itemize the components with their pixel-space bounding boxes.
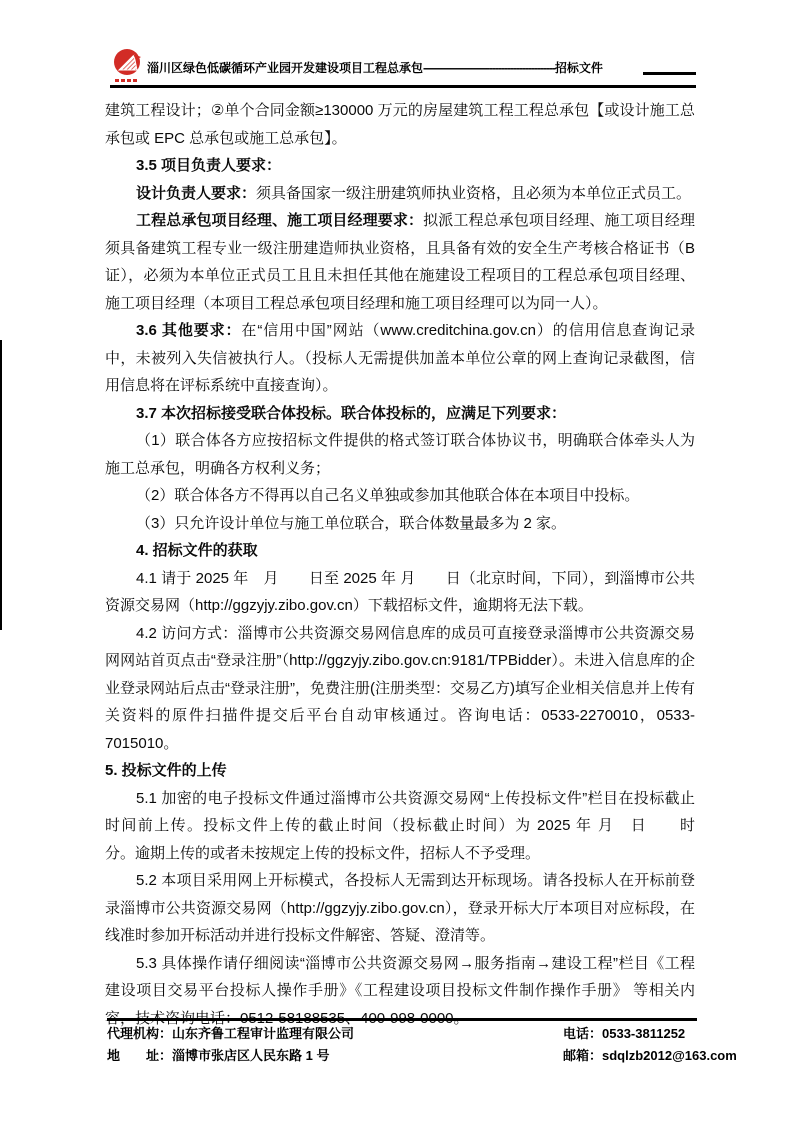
scan-edge-artifact bbox=[0, 340, 2, 630]
document-body: 建筑工程设计；②单个合同金额≥130000 万元的房屋建筑工程工程总承包【或设计… bbox=[105, 97, 695, 1032]
agency-logo-icon bbox=[111, 47, 145, 85]
header-dashes: ----------------------------------------… bbox=[423, 61, 555, 75]
paragraph-label: 3.6 其他要求： bbox=[136, 322, 241, 339]
document-footer: 代理机构：山东齐鲁工程审计监理有限公司电话：0533-3811252地 址：淄博… bbox=[107, 1023, 697, 1067]
header-corner-line bbox=[643, 72, 696, 75]
paragraph-text: （1）联合体各方应按招标文件提供的格式签订联合体协议书，明确联合体牵头人为施工总… bbox=[105, 432, 695, 477]
paragraph: （1）联合体各方应按招标文件提供的格式签订联合体协议书，明确联合体牵头人为施工总… bbox=[105, 427, 695, 482]
paragraph: 设计负责人要求：须具备国家一级注册建筑师执业资格，且必须为本单位正式员工。 bbox=[105, 180, 695, 208]
footer-right-value: sdqlzb2012@163.com bbox=[602, 1048, 737, 1063]
paragraph-text: 5.3 具体操作请仔细阅读“淄博市公共资源交易网→服务指南→建设工程”栏目《工程… bbox=[105, 955, 695, 1027]
footer-row: 代理机构：山东齐鲁工程审计监理有限公司电话：0533-3811252 bbox=[107, 1023, 697, 1045]
footer-left-label: 代理机构： bbox=[107, 1026, 172, 1041]
footer-left-label: 地 址： bbox=[107, 1048, 172, 1063]
footer-right-cell: 电话：0533-3811252 bbox=[563, 1023, 685, 1045]
footer-left-value: 淄博市张店区人民东路 1 号 bbox=[172, 1048, 329, 1063]
paragraph-text: 建筑工程设计；②单个合同金额≥130000 万元的房屋建筑工程工程总承包【或设计… bbox=[105, 102, 695, 147]
header-rule bbox=[110, 85, 696, 88]
footer-right-value: 0533-3811252 bbox=[602, 1026, 685, 1041]
paragraph-text: 5.1 加密的电子投标文件通过淄博市公共资源交易网“上传投标文件”栏目在投标截止… bbox=[105, 790, 725, 862]
footer-right-cell: 邮箱：sdqlzb2012@163.com bbox=[563, 1045, 737, 1067]
footer-row: 地 址：淄博市张店区人民东路 1 号邮箱：sdqlzb2012@163.com bbox=[107, 1045, 697, 1067]
header-title: 淄川区绿色低碳循环产业园开发建设项目工程总承包 bbox=[147, 61, 423, 75]
paragraph: 5. 投标文件的上传 bbox=[105, 757, 695, 785]
paragraph: 4.1 请于 2025 年 月 日至 2025 年 月 日（北京时间，下同），到… bbox=[105, 565, 695, 620]
paragraph-text: （2）联合体各方不得再以自己名义单独或参加其他联合体在本项目中投标。 bbox=[136, 487, 639, 504]
paragraph-label: 工程总承包项目经理、施工项目经理要求： bbox=[136, 212, 423, 229]
paragraph: 3.7 本次招标接受联合体投标。联合体投标的，应满足下列要求： bbox=[105, 400, 695, 428]
paragraph-text: 3.5 项目负责人要求： bbox=[136, 157, 281, 174]
paragraph: 建筑工程设计；②单个合同金额≥130000 万元的房屋建筑工程工程总承包【或设计… bbox=[105, 97, 695, 152]
paragraph-text: 4.1 请于 2025 年 月 日至 2025 年 月 日（北京时间，下同），到… bbox=[105, 570, 695, 615]
paragraph-text: 3.7 本次招标接受联合体投标。联合体投标的，应满足下列要求： bbox=[136, 405, 566, 422]
paragraph: （3）只允许设计单位与施工单位联合，联合体数量最多为 2 家。 bbox=[105, 510, 695, 538]
paragraph: 5.2 本项目采用网上开标模式，各投标人无需到达开标现场。请各投标人在开标前登录… bbox=[105, 867, 695, 950]
footer-rule bbox=[107, 1018, 697, 1021]
paragraph: 4.2 访问方式：淄博市公共资源交易网信息库的成员可直接登录淄博市公共资源交易网… bbox=[105, 620, 695, 758]
paragraph-text: 4. 招标文件的获取 bbox=[136, 542, 258, 559]
footer-right-label: 邮箱： bbox=[563, 1048, 602, 1063]
paragraph: 5.1 加密的电子投标文件通过淄博市公共资源交易网“上传投标文件”栏目在投标截止… bbox=[105, 785, 695, 868]
paragraph-text: 5. 投标文件的上传 bbox=[105, 762, 227, 779]
footer-right-label: 电话： bbox=[563, 1026, 602, 1041]
paragraph: 3.6 其他要求：在“信用中国”网站（www.creditchina.gov.c… bbox=[105, 317, 695, 400]
paragraph: 3.5 项目负责人要求： bbox=[105, 152, 695, 180]
paragraph: 工程总承包项目经理、施工项目经理要求：拟派工程总承包项目经理、施工项目经理须具备… bbox=[105, 207, 695, 317]
paragraph-label: 设计负责人要求： bbox=[136, 185, 256, 202]
paragraph-text: 5.2 本项目采用网上开标模式，各投标人无需到达开标现场。请各投标人在开标前登录… bbox=[105, 872, 695, 944]
paragraph: （2）联合体各方不得再以自己名义单独或参加其他联合体在本项目中投标。 bbox=[105, 482, 695, 510]
paragraph-text: 4.2 访问方式：淄博市公共资源交易网信息库的成员可直接登录淄博市公共资源交易网… bbox=[105, 625, 695, 752]
paragraph-text: 须具备国家一级注册建筑师执业资格，且必须为本单位正式员工。 bbox=[256, 185, 691, 202]
footer-left-value: 山东齐鲁工程审计监理有限公司 bbox=[172, 1026, 354, 1041]
paragraph-text: （3）只允许设计单位与施工单位联合，联合体数量最多为 2 家。 bbox=[136, 515, 566, 532]
header-doctype: 招标文件 bbox=[555, 61, 603, 75]
page-header: 淄川区绿色低碳循环产业园开发建设项目工程总承包-----------------… bbox=[147, 59, 699, 76]
paragraph: 4. 招标文件的获取 bbox=[105, 537, 695, 565]
page: 淄川区绿色低碳循环产业园开发建设项目工程总承包-----------------… bbox=[0, 0, 793, 1121]
